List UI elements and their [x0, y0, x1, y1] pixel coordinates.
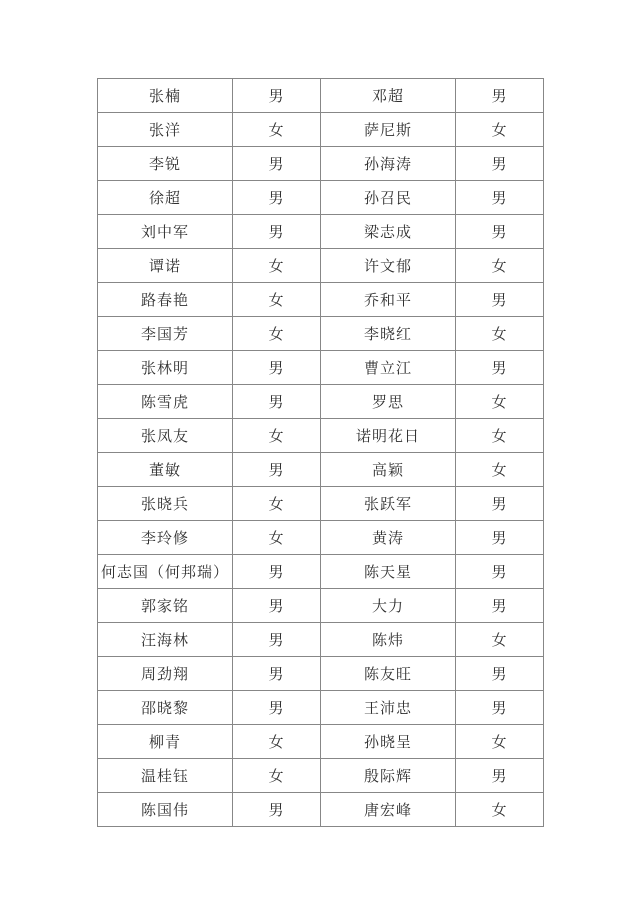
name-cell: 孙晓呈 [321, 725, 456, 759]
gender-cell: 女 [456, 623, 544, 657]
gender-cell: 男 [456, 759, 544, 793]
gender-cell: 男 [456, 691, 544, 725]
roster-table-body: 张楠男邓超男张洋女萨尼斯女李锐男孙海涛男徐超男孙召民男刘中军男梁志成男谭诺女许文… [98, 79, 544, 827]
name-cell: 李晓红 [321, 317, 456, 351]
gender-cell: 女 [456, 317, 544, 351]
name-cell: 刘中军 [98, 215, 233, 249]
table-row: 张洋女萨尼斯女 [98, 113, 544, 147]
table-row: 路春艳女乔和平男 [98, 283, 544, 317]
gender-cell: 男 [456, 521, 544, 555]
name-cell: 孙召民 [321, 181, 456, 215]
name-cell: 张林明 [98, 351, 233, 385]
name-cell: 大力 [321, 589, 456, 623]
gender-cell: 男 [233, 589, 321, 623]
name-cell: 温桂钰 [98, 759, 233, 793]
gender-cell: 女 [233, 487, 321, 521]
table-row: 刘中军男梁志成男 [98, 215, 544, 249]
table-row: 张林明男曹立江男 [98, 351, 544, 385]
gender-cell: 男 [456, 351, 544, 385]
table-row: 张凤友女诺明花日女 [98, 419, 544, 453]
gender-cell: 男 [233, 793, 321, 827]
gender-cell: 女 [456, 385, 544, 419]
name-cell: 路春艳 [98, 283, 233, 317]
name-cell: 乔和平 [321, 283, 456, 317]
name-cell: 郭家铭 [98, 589, 233, 623]
name-cell: 曹立江 [321, 351, 456, 385]
name-cell: 邓超 [321, 79, 456, 113]
name-cell: 邵晓黎 [98, 691, 233, 725]
name-cell: 陈天星 [321, 555, 456, 589]
table-row: 陈雪虎男罗思女 [98, 385, 544, 419]
name-cell: 何志国（何邦瑞） [98, 555, 233, 589]
name-cell: 陈炜 [321, 623, 456, 657]
table-row: 郭家铭男大力男 [98, 589, 544, 623]
name-cell: 谭诺 [98, 249, 233, 283]
name-cell: 李玲修 [98, 521, 233, 555]
gender-cell: 女 [456, 249, 544, 283]
gender-cell: 女 [233, 759, 321, 793]
gender-cell: 男 [233, 623, 321, 657]
gender-cell: 男 [233, 215, 321, 249]
gender-cell: 女 [456, 419, 544, 453]
name-cell: 张洋 [98, 113, 233, 147]
gender-cell: 男 [456, 215, 544, 249]
table-row: 李国芳女李晓红女 [98, 317, 544, 351]
gender-cell: 女 [456, 725, 544, 759]
table-row: 谭诺女许文郁女 [98, 249, 544, 283]
name-cell: 董敏 [98, 453, 233, 487]
gender-cell: 男 [233, 147, 321, 181]
gender-cell: 女 [456, 113, 544, 147]
table-row: 柳青女孙晓呈女 [98, 725, 544, 759]
name-cell: 唐宏峰 [321, 793, 456, 827]
name-cell: 萨尼斯 [321, 113, 456, 147]
document-page: 张楠男邓超男张洋女萨尼斯女李锐男孙海涛男徐超男孙召民男刘中军男梁志成男谭诺女许文… [0, 0, 640, 905]
gender-cell: 女 [456, 453, 544, 487]
name-cell: 孙海涛 [321, 147, 456, 181]
gender-cell: 男 [233, 555, 321, 589]
table-row: 李锐男孙海涛男 [98, 147, 544, 181]
name-cell: 陈友旺 [321, 657, 456, 691]
gender-cell: 男 [456, 657, 544, 691]
name-cell: 许文郁 [321, 249, 456, 283]
gender-cell: 男 [456, 487, 544, 521]
table-row: 温桂钰女殷际辉男 [98, 759, 544, 793]
name-cell: 张楠 [98, 79, 233, 113]
name-cell: 高颖 [321, 453, 456, 487]
name-cell: 汪海林 [98, 623, 233, 657]
table-row: 李玲修女黄涛男 [98, 521, 544, 555]
name-cell: 李国芳 [98, 317, 233, 351]
gender-cell: 男 [233, 79, 321, 113]
name-cell: 周劲翔 [98, 657, 233, 691]
gender-cell: 男 [456, 79, 544, 113]
name-cell: 王沛忠 [321, 691, 456, 725]
gender-cell: 女 [233, 249, 321, 283]
table-row: 徐超男孙召民男 [98, 181, 544, 215]
gender-cell: 男 [233, 181, 321, 215]
gender-cell: 女 [233, 521, 321, 555]
gender-cell: 女 [233, 283, 321, 317]
gender-cell: 女 [233, 113, 321, 147]
table-row: 汪海林男陈炜女 [98, 623, 544, 657]
gender-cell: 女 [233, 419, 321, 453]
gender-cell: 男 [456, 181, 544, 215]
table-row: 张晓兵女张跃军男 [98, 487, 544, 521]
table-row: 董敏男高颖女 [98, 453, 544, 487]
gender-cell: 女 [456, 793, 544, 827]
gender-cell: 男 [456, 147, 544, 181]
table-row: 周劲翔男陈友旺男 [98, 657, 544, 691]
name-cell: 梁志成 [321, 215, 456, 249]
gender-cell: 男 [456, 589, 544, 623]
name-cell: 殷际辉 [321, 759, 456, 793]
gender-cell: 男 [456, 555, 544, 589]
gender-cell: 男 [233, 453, 321, 487]
name-cell: 陈国伟 [98, 793, 233, 827]
gender-cell: 男 [233, 691, 321, 725]
table-row: 陈国伟男唐宏峰女 [98, 793, 544, 827]
name-gender-table: 张楠男邓超男张洋女萨尼斯女李锐男孙海涛男徐超男孙召民男刘中军男梁志成男谭诺女许文… [97, 78, 544, 827]
name-cell: 徐超 [98, 181, 233, 215]
gender-cell: 男 [456, 283, 544, 317]
gender-cell: 男 [233, 657, 321, 691]
name-cell: 黄涛 [321, 521, 456, 555]
name-cell: 张跃军 [321, 487, 456, 521]
gender-cell: 女 [233, 725, 321, 759]
name-cell: 陈雪虎 [98, 385, 233, 419]
table-row: 张楠男邓超男 [98, 79, 544, 113]
name-cell: 诺明花日 [321, 419, 456, 453]
name-cell: 罗思 [321, 385, 456, 419]
name-cell: 张晓兵 [98, 487, 233, 521]
name-cell: 柳青 [98, 725, 233, 759]
gender-cell: 男 [233, 385, 321, 419]
table-row: 何志国（何邦瑞）男陈天星男 [98, 555, 544, 589]
gender-cell: 男 [233, 351, 321, 385]
name-cell: 李锐 [98, 147, 233, 181]
table-row: 邵晓黎男王沛忠男 [98, 691, 544, 725]
name-cell: 张凤友 [98, 419, 233, 453]
gender-cell: 女 [233, 317, 321, 351]
